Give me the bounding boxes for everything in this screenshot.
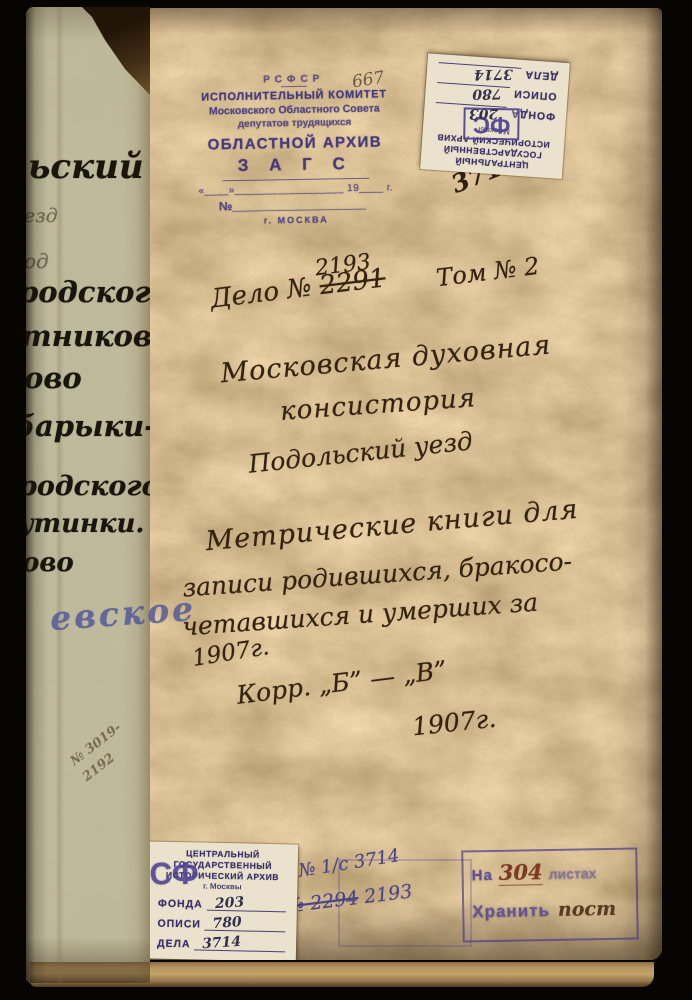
opisi-value: 780 — [472, 85, 502, 102]
sheets-prefix: На — [472, 867, 493, 884]
spine-line: родского — [26, 275, 150, 309]
spine-line: ово — [26, 361, 82, 395]
spine-line: езд — [26, 205, 58, 227]
field-fonda: ФОНДА 203 — [158, 894, 286, 913]
archive-label-bottom-left: ЦЕНТРАЛЬНЫЙ ГОСУДАРСТВЕННЫЙ ИСТОРИЧЕСКИЙ… — [150, 841, 298, 960]
spine-line: од — [26, 249, 49, 273]
keep-stamp-word: Хранить — [472, 901, 550, 922]
pages-edge — [30, 962, 654, 987]
opisi-value: 780 — [212, 914, 242, 932]
stamp-zags: З А Г С — [190, 153, 400, 177]
book: ьский езд од родского тниково ово барыки… — [20, 5, 662, 986]
spine-line: родского — [26, 471, 150, 502]
stamp-oblast-archive: ОБЛАСТНОЙ АРХИВ — [190, 133, 400, 154]
sheets-word: листах — [549, 865, 597, 882]
stamp-number-blank: №____________________ — [191, 196, 401, 214]
stamp-soviet: Московского Областного Совета — [189, 102, 399, 118]
spine-line: ово — [26, 548, 74, 578]
spine-line: утинки. — [26, 509, 144, 539]
sf-stamp: СФ — [150, 856, 199, 893]
book-spine: ьский езд од родского тниково ово барыки… — [26, 7, 150, 983]
dela-value: 3714 — [473, 65, 512, 82]
fonda-value: 203 — [214, 894, 244, 912]
dela-value: 3714 — [202, 934, 242, 953]
book-cover-front: РСФСР ИСПОЛНИТЕЛЬНЫЙ КОМИТЕТ Московского… — [150, 8, 662, 960]
stamp-committee: ИСПОЛНИТЕЛЬНЫЙ КОМИТЕТ — [189, 88, 399, 104]
field-opisi: ОПИСИ 780 — [157, 914, 285, 933]
stamp-rule — [222, 178, 369, 182]
stamp-deputies: депутатов трудящихся — [189, 116, 399, 131]
zags-archive-stamp: РСФСР ИСПОЛНИТЕЛЬНЫЙ КОМИТЕТ Московского… — [189, 72, 402, 227]
spine-line: тниково — [26, 319, 150, 353]
keep-handwritten: пост — [558, 898, 617, 921]
stamp-date-blank: «____»__________________ 19____ г. — [191, 182, 401, 197]
photo-backdrop: ьский езд од родского тниково ово барыки… — [0, 0, 692, 1000]
keep-line: Хранить пост — [472, 898, 628, 923]
sheets-line: На 304 листах — [471, 858, 627, 887]
sheets-count-stamp: На 304 листах Хранить пост — [461, 847, 639, 942]
spine-line: барыки- — [26, 409, 150, 443]
sheets-number: 304 — [499, 859, 543, 886]
stamp-divider — [281, 86, 307, 87]
fonda-value: 203 — [469, 105, 499, 122]
archive-label-top-right: ЦЕНТРАЛЬНЫЙ ГОСУДАРСТВЕННЫЙ ИСТОРИЧЕСКИЙ… — [420, 53, 570, 179]
field-dela: ДЕЛА 3714 — [157, 934, 285, 953]
spine-line: ьский — [28, 147, 144, 187]
